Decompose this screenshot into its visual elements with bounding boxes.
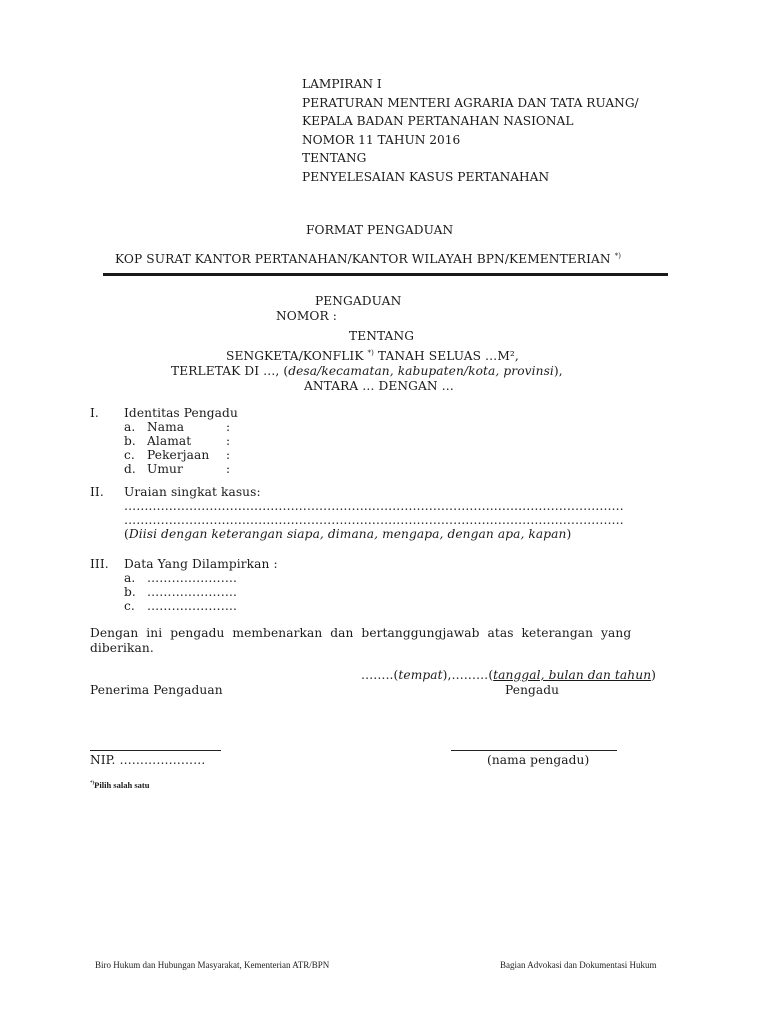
place-date-line: ……..(tempat),………(tanggal, bulan dan tahu… (361, 668, 656, 682)
nip-field: NIP. ………………… (90, 753, 205, 767)
subject-line-1: SENGKETA/KONFLIK *) TANAH SELUAS …M², (226, 349, 519, 363)
date-italic: tanggal, bulan dan tahun (493, 668, 651, 682)
footer-right: Bagian Advokasi dan Dokumentasi Hukum (500, 960, 656, 970)
place-dots: ……..( (361, 668, 398, 682)
subject-type: SENGKETA/KONFLIK (226, 349, 364, 363)
lampiran-line: TENTANG (302, 149, 639, 168)
document-page: LAMPIRAN I PERATURAN MENTERI AGRARIA DAN… (0, 0, 768, 1024)
kop-surat: KOP SURAT KANTOR PERTANAHAN/KANTOR WILAY… (115, 252, 621, 266)
format-title: FORMAT PENGADUAN (306, 223, 453, 237)
case-description-note: (Diisi dengan keterangan siapa, dimana, … (124, 527, 571, 541)
field-sep: : (226, 462, 230, 476)
subject-location-italic: desa/kecamatan, kabupaten/kota, provinsi (288, 364, 554, 378)
lampiran-line: KEPALA BADAN PERTANAHAN NASIONAL (302, 112, 639, 131)
subject-line-3: ANTARA … DENGAN … (304, 379, 454, 393)
complainant-signature-line (451, 750, 617, 751)
kop-text: KOP SURAT KANTOR PERTANAHAN/KANTOR WILAY… (115, 252, 611, 266)
attachment-letter: c. (124, 599, 135, 613)
field-letter: c. (124, 448, 135, 462)
field-label-pekerjaan: Pekerjaan (147, 448, 209, 462)
note-italic: Diisi dengan keterangan siapa, dimana, m… (129, 527, 567, 541)
paren-close: ) (651, 668, 656, 682)
field-label-umur: Umur (147, 462, 183, 476)
field-label-nama: Nama (147, 420, 184, 434)
footnote: *)Pilih salah satu (90, 780, 149, 790)
subject-location-prefix: TERLETAK DI …, ( (171, 364, 288, 378)
footer-left: Biro Hukum dan Hubungan Masyarakat, Keme… (95, 960, 329, 970)
section-2-heading: Uraian singkat kasus: (124, 485, 261, 499)
section-3-number: III. (90, 557, 109, 571)
lampiran-line: LAMPIRAN I (302, 75, 639, 94)
tentang-label: TENTANG (349, 329, 414, 343)
lampiran-line: PERATURAN MENTERI AGRARIA DAN TATA RUANG… (302, 94, 639, 113)
case-description-dots-2: …………………………………………………………………………………………………………… (124, 513, 676, 527)
footnote-text: Pilih salah satu (94, 780, 149, 790)
field-letter: b. (124, 434, 136, 448)
field-sep: : (226, 420, 230, 434)
receiver-label: Penerima Pengaduan (90, 683, 223, 697)
section-1-number: I. (90, 406, 99, 420)
attachment-dots: …………………. (147, 599, 237, 613)
statement-line-1: Dengan ini pengadu membenarkan dan berta… (90, 626, 680, 640)
attachment-dots: …………………. (147, 585, 237, 599)
nomor-label: NOMOR : (276, 309, 337, 323)
header-rule (103, 273, 668, 276)
section-2-number: II. (90, 485, 104, 499)
field-sep: : (226, 448, 230, 462)
attachment-dots: …………………. (147, 571, 237, 585)
section-1-heading: Identitas Pengadu (124, 406, 238, 420)
attachment-letter: b. (124, 585, 136, 599)
section-3-heading: Data Yang Dilampirkan : (124, 557, 278, 571)
subject-area: TANAH SELUAS …M², (374, 349, 519, 363)
pengaduan-title: PENGADUAN (315, 294, 401, 308)
case-description-dots-1: …………………………………………………………………………………………………………… (124, 499, 676, 513)
lampiran-header: LAMPIRAN I PERATURAN MENTERI AGRARIA DAN… (302, 75, 639, 186)
receiver-signature-line (90, 750, 221, 751)
kop-footnote-mark: *) (615, 252, 621, 260)
place-italic: tempat (398, 668, 442, 682)
field-letter: a. (124, 420, 135, 434)
field-letter: d. (124, 462, 136, 476)
date-dots: ),………( (443, 668, 494, 682)
field-label-alamat: Alamat (147, 434, 191, 448)
lampiran-line: NOMOR 11 TAHUN 2016 (302, 131, 639, 150)
complainant-name: (nama pengadu) (487, 753, 589, 767)
subject-location-suffix: ), (554, 364, 563, 378)
complainant-label: Pengadu (505, 683, 559, 697)
statement-line-2: diberikan. (90, 641, 154, 655)
lampiran-line: PENYELESAIAN KASUS PERTANAHAN (302, 168, 639, 187)
attachment-letter: a. (124, 571, 135, 585)
field-sep: : (226, 434, 230, 448)
subject-line-2: TERLETAK DI …, (desa/kecamatan, kabupate… (171, 364, 563, 378)
paren-close: ) (566, 527, 571, 541)
